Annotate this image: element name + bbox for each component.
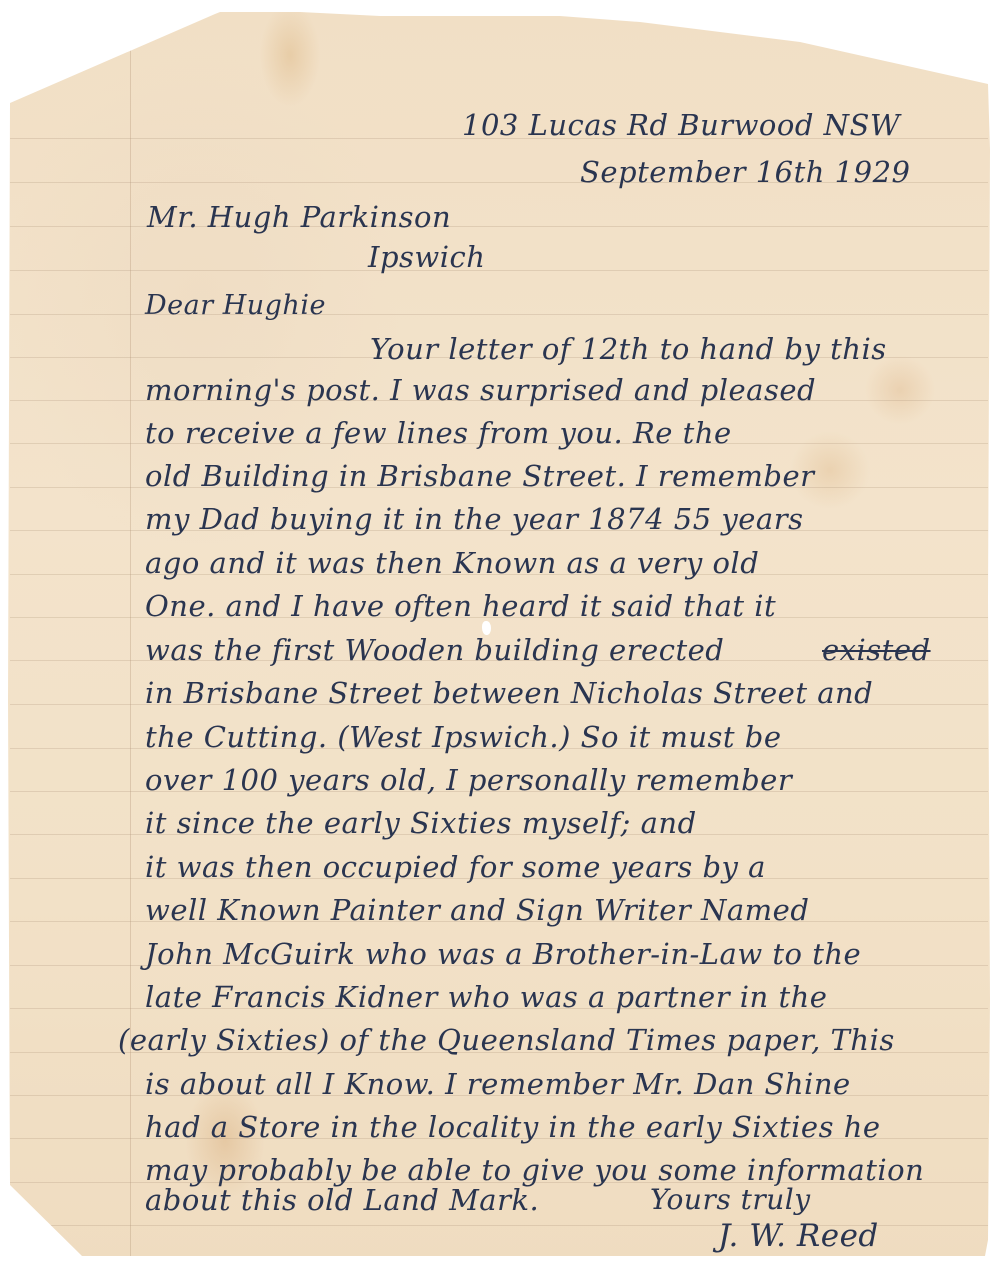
body-line: to receive a few lines from you. Re the bbox=[145, 416, 732, 450]
body-line: John McGuirk who was a Brother-in-Law to… bbox=[145, 937, 861, 971]
body-line: about this old Land Mark. bbox=[145, 1183, 539, 1217]
letter-paper: 103 Lucas Rd Burwood NSW September 16th … bbox=[0, 0, 1000, 1282]
closing: Yours truly bbox=[650, 1183, 811, 1216]
ruled-line bbox=[10, 270, 988, 271]
body-line: it since the early Sixties myself; and bbox=[145, 806, 697, 840]
body-line: in Brisbane Street between Nicholas Stre… bbox=[145, 676, 873, 710]
body-line: old Building in Brisbane Street. I remem… bbox=[145, 459, 815, 493]
signature: J. W. Reed bbox=[718, 1218, 879, 1254]
sender-address: 103 Lucas Rd Burwood NSW bbox=[462, 108, 900, 142]
body-line: late Francis Kidner who was a partner in… bbox=[145, 980, 827, 1014]
struck-word: existed bbox=[822, 633, 931, 667]
body-line: over 100 years old, I personally remembe… bbox=[145, 763, 792, 797]
body-line: morning's post. I was surprised and plea… bbox=[145, 373, 816, 407]
body-line: is about all I Know. I remember Mr. Dan … bbox=[145, 1067, 851, 1101]
body-line: the Cutting. (West Ipswich.) So it must … bbox=[145, 720, 782, 754]
letter-date: September 16th 1929 bbox=[580, 155, 910, 189]
body-line: One. and I have often heard it said that… bbox=[145, 589, 776, 623]
recipient-name: Mr. Hugh Parkinson bbox=[147, 200, 451, 234]
body-line: may probably be able to give you some in… bbox=[145, 1153, 924, 1187]
salutation: Dear Hughie bbox=[145, 290, 326, 321]
body-line: well Known Painter and Sign Writer Named bbox=[145, 893, 809, 927]
body-line: was the first Wooden building erected bbox=[145, 633, 724, 667]
body-line: had a Store in the locality in the early… bbox=[145, 1110, 881, 1144]
body-line: Your letter of 12th to hand by this bbox=[370, 332, 887, 366]
body-line: my Dad buying it in the year 1874 55 yea… bbox=[145, 502, 803, 536]
recipient-town: Ipswich bbox=[368, 240, 485, 274]
body-line: (early Sixties) of the Queensland Times … bbox=[118, 1023, 895, 1057]
body-line: it was then occupied for some years by a bbox=[145, 850, 766, 884]
body-line: ago and it was then Known as a very old bbox=[145, 546, 759, 580]
margin-line bbox=[130, 20, 131, 1260]
